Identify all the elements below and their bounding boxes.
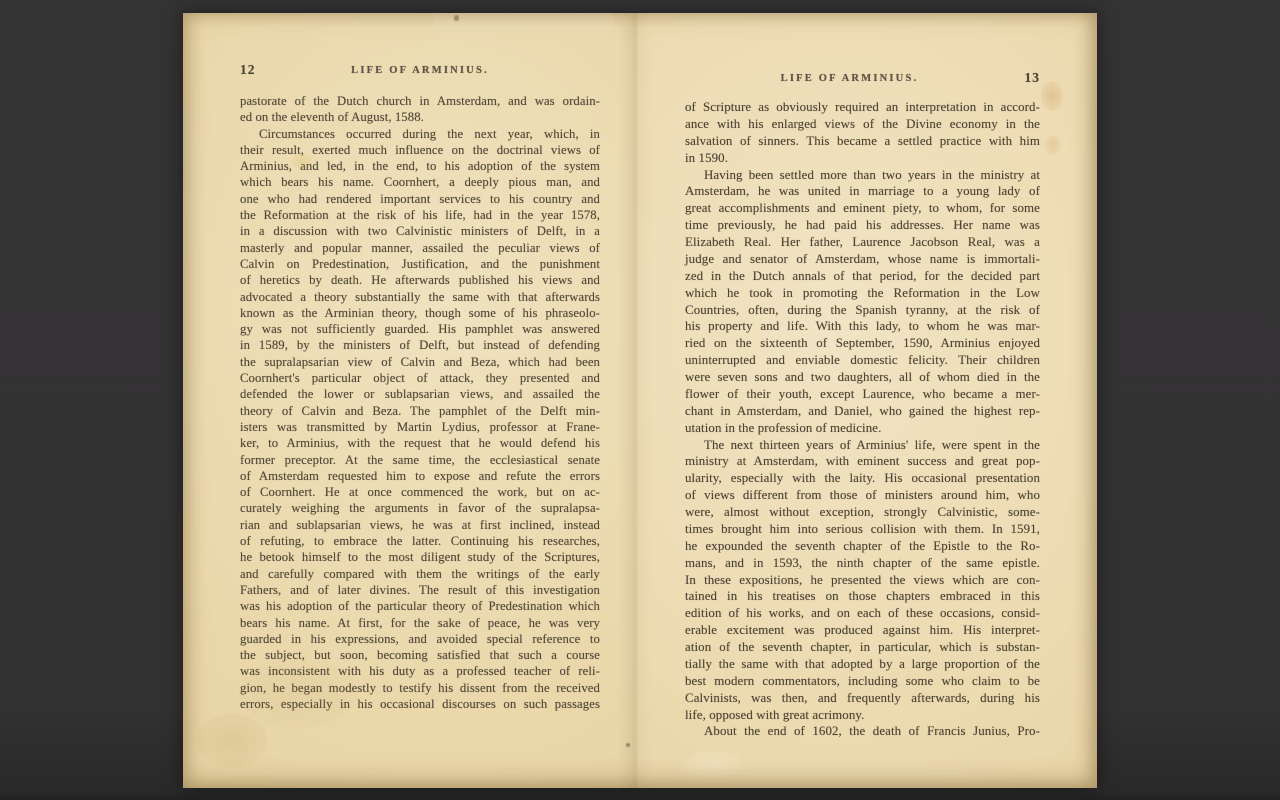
page-header-left: 12 LIFE OF ARMINIUS. xyxy=(240,65,600,81)
text-line: and carefully compared with them the wri… xyxy=(240,566,600,582)
text-line: of Amsterdam requested him to expose and… xyxy=(240,468,600,484)
text-line: edition of his works, and on each of the… xyxy=(685,605,1040,622)
page-right: LIFE OF ARMINIUS. 13 of Scripture as obv… xyxy=(633,13,1097,788)
text-line: theory of Calvin and Beza. The pamphlet … xyxy=(240,403,600,419)
text-line: which he took in promoting the Reformati… xyxy=(685,285,1040,302)
text-line: ministry at Amsterdam, with eminent succ… xyxy=(685,453,1040,470)
text-line: the supralapsarian view of Calvin and Be… xyxy=(240,354,600,370)
text-line: rian and sublapsarian views, he was at f… xyxy=(240,517,600,533)
text-line: tially the same with that adopted by a l… xyxy=(685,656,1040,673)
text-line: isters was transmitted by Martin Lydius,… xyxy=(240,419,600,435)
text-line: ation of the seventh chapter, in particu… xyxy=(685,639,1040,656)
text-line: uninterrupted and enviable domestic feli… xyxy=(685,352,1040,369)
text-line: Calvinists, was then, and frequently aft… xyxy=(685,690,1040,707)
text-line: of Scripture as obviously required an in… xyxy=(685,99,1040,116)
page-number: 12 xyxy=(240,62,256,78)
text-line: Fathers, and of later divines. The resul… xyxy=(240,582,600,598)
text-line: was inconsistent with his duty as a prof… xyxy=(240,663,600,679)
text-line: Having been settled more than two years … xyxy=(685,167,1040,184)
text-line: pastorate of the Dutch church in Amsterd… xyxy=(240,93,600,109)
text-line: were seven sons and two daughters, all o… xyxy=(685,369,1040,386)
text-line: Amsterdam, he was united in marriage to … xyxy=(685,183,1040,200)
text-line: Calvin on Predestination, Justification,… xyxy=(240,256,600,272)
text-line: was his adoption of the particular theor… xyxy=(240,598,600,614)
text-line: the Reformation at the risk of his life,… xyxy=(240,207,600,223)
text-line: errors, especially in his occasional dis… xyxy=(240,696,600,712)
text-line: chant in Amsterdam, and Daniel, who gain… xyxy=(685,403,1040,420)
text-line: best modern commentators, including some… xyxy=(685,673,1040,690)
text-line: In these expositions, he presented the v… xyxy=(685,572,1040,589)
text-line: ance with his enlarged views of the Divi… xyxy=(685,116,1040,133)
text-line: in a discussion with two Calvinistic min… xyxy=(240,223,600,239)
text-line: Coornhert's particular object of attack,… xyxy=(240,370,600,386)
text-line: tained in his treatises on those chapter… xyxy=(685,588,1040,605)
page-number: 13 xyxy=(1025,70,1041,86)
text-block-left: pastorate of the Dutch church in Amsterd… xyxy=(240,93,600,712)
text-line: masterly and popular manner, assailed th… xyxy=(240,240,600,256)
text-line: guarded in his expressions, and avoided … xyxy=(240,631,600,647)
text-line: in 1590. xyxy=(685,150,1040,167)
text-line: of Coornhert. He at once commenced the w… xyxy=(240,484,600,500)
text-line: life, opposed with great acrimony. xyxy=(685,707,1040,724)
text-line: advocated a theory substantially the sam… xyxy=(240,289,600,305)
text-line: time previously, he had paid his address… xyxy=(685,217,1040,234)
text-line: bears his name. At first, for the sake o… xyxy=(240,615,600,631)
text-line: About the end of 1602, the death of Fran… xyxy=(685,723,1040,740)
text-line: ried on the sixteenth of September, 1590… xyxy=(685,335,1040,352)
viewer-background: 12 LIFE OF ARMINIUS. pastorate of the Du… xyxy=(0,0,1280,800)
text-line: he expounded the seventh chapter of the … xyxy=(685,538,1040,555)
text-line: known as the Arminian theory, though som… xyxy=(240,305,600,321)
text-line: times brought him into serious collision… xyxy=(685,521,1040,538)
text-line: which bears his name. Coornhert, a deepl… xyxy=(240,174,600,190)
text-line: Arminius, and led, in the end, to his ad… xyxy=(240,158,600,174)
text-line: in 1589, by the ministers of Delft, but … xyxy=(240,337,600,353)
text-line: were, almost without exception, strongly… xyxy=(685,504,1040,521)
text-line: great accomplishments and eminent piety,… xyxy=(685,200,1040,217)
page-left: 12 LIFE OF ARMINIUS. pastorate of the Du… xyxy=(183,13,633,788)
text-line: mans, and in 1593, the ninth chapter of … xyxy=(685,555,1040,572)
text-line: defended the lower or sublapsarian views… xyxy=(240,386,600,402)
text-line: ularity, especially with the laity. His … xyxy=(685,470,1040,487)
running-header: LIFE OF ARMINIUS. xyxy=(240,65,600,76)
text-line: judge and senator of Amsterdam, whose na… xyxy=(685,251,1040,268)
text-line: The next thirteen years of Arminius' lif… xyxy=(685,437,1040,454)
text-line: curately weighing the arguments in favor… xyxy=(240,500,600,516)
text-line: utation in the profession of medicine. xyxy=(685,420,1040,437)
text-line: Countries, often, during the Spanish tyr… xyxy=(685,302,1040,319)
page-header-right: LIFE OF ARMINIUS. 13 xyxy=(685,73,1040,89)
text-line: ker, to Arminius, with the request that … xyxy=(240,435,600,451)
text-line: Elizabeth Real. Her father, Laurence Jac… xyxy=(685,234,1040,251)
text-line: of views different from those of ministe… xyxy=(685,487,1040,504)
text-line: gion, he began modestly to testify his d… xyxy=(240,680,600,696)
book-spread: 12 LIFE OF ARMINIUS. pastorate of the Du… xyxy=(183,13,1097,788)
text-line: their result, exerted much influence on … xyxy=(240,142,600,158)
running-header: LIFE OF ARMINIUS. xyxy=(685,73,1040,84)
text-line: his property and life. With this lady, t… xyxy=(685,318,1040,335)
text-line: he betook himself to the most diligent s… xyxy=(240,549,600,565)
text-line: erable excitement was produced against h… xyxy=(685,622,1040,639)
text-line: zed in the Dutch annals of that period, … xyxy=(685,268,1040,285)
text-line: salvation of sinners. This became a sett… xyxy=(685,133,1040,150)
text-line: flower of their youth, except Laurence, … xyxy=(685,386,1040,403)
text-line: of heretics by death. He afterwards publ… xyxy=(240,272,600,288)
text-line: the subject, but soon, becoming satisfie… xyxy=(240,647,600,663)
text-line: of refuting, to embrace the latter. Cont… xyxy=(240,533,600,549)
text-block-right: of Scripture as obviously required an in… xyxy=(685,99,1040,740)
text-line: ed on the eleventh of August, 1588. xyxy=(240,109,600,125)
text-line: gy was not sufficiently guarded. His pam… xyxy=(240,321,600,337)
text-line: former preceptor. At the same time, the … xyxy=(240,452,600,468)
text-line: one who had rendered important services … xyxy=(240,191,600,207)
text-line: Circumstances occurred during the next y… xyxy=(240,126,600,142)
